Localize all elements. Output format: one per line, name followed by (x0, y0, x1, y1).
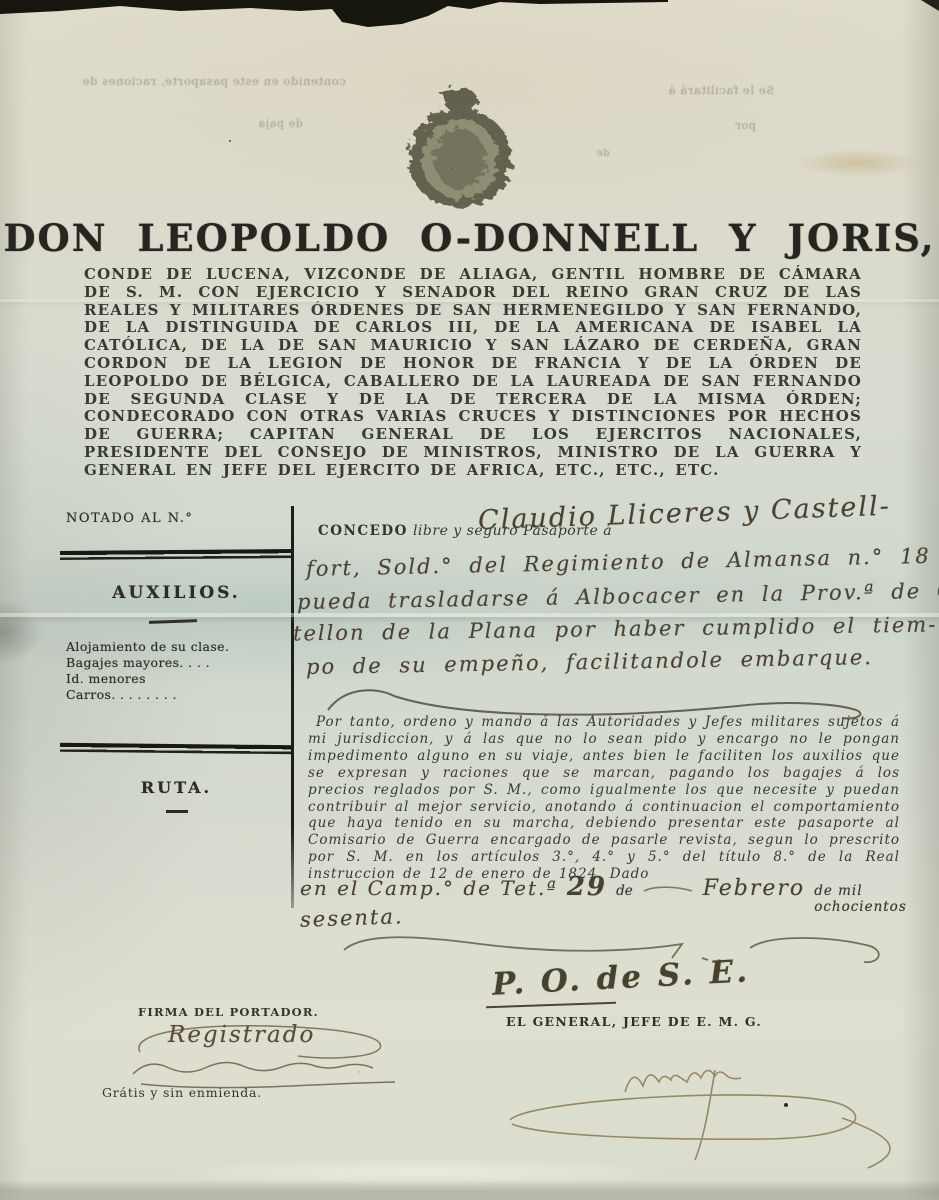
handwritten-place: en el Camp.° de Tet.ª (300, 876, 558, 900)
bleedthrough-text: de (596, 148, 610, 159)
pen-flourish (486, 1002, 616, 1009)
noted-number-label: NOTADO AL N.° (66, 511, 193, 526)
concedo-word: CONCEDO (318, 523, 408, 539)
pen-flourish (642, 883, 694, 895)
auxilios-item: Alojamiento de su clase. (66, 639, 229, 655)
bearer-signature-label: FIRMA DEL PORTADOR. (138, 1005, 319, 1019)
auxilios-item: Bagajes mayores. . . . (66, 655, 229, 671)
handwritten-day: 29 (567, 872, 607, 902)
paper-edge-shadow (0, 1180, 939, 1200)
handwritten-registered-note: Registrado (168, 1022, 315, 1048)
handwritten-bearer-name: Claudio Lliceres y Castell- (478, 491, 892, 536)
sidebar-rule (60, 743, 293, 754)
handwritten-line: fort, Sold.° del Regimiento de Almansa n… (306, 541, 939, 581)
auxilios-list: Alojamiento de su clase. Bagajes mayores… (66, 639, 229, 703)
auxilios-heading: AUXILIOS. (60, 583, 293, 603)
document-title: DON LEOPOLDO O-DONNELL Y JORIS, (0, 216, 939, 260)
bleedthrough-text: Se le facilitará á (668, 83, 774, 97)
general-signature-label: EL GENERAL, JEFE DE E. M. G. (506, 1014, 762, 1029)
bleedthrough-text: contenido en este pasaporte, raciones de (82, 74, 346, 88)
handwritten-line: po de su empeño, facilitandole embarque. (306, 645, 873, 679)
ruta-heading: RUTA. (60, 778, 293, 797)
paper-crease (0, 613, 939, 617)
column-divider-rule (291, 506, 294, 908)
legal-paragraph: Por tanto, ordeno y mando á las Autorida… (308, 714, 900, 883)
seal-stamp-icon (394, 84, 526, 220)
paper-speck (784, 1103, 788, 1107)
ruta-underline (166, 810, 188, 813)
printed-year-prefix: de mil ochocientos (814, 883, 939, 915)
passport-document-page: contenido en este pasaporte, raciones de… (0, 0, 939, 1200)
scan-corner-artifact (921, 0, 939, 11)
auxilios-underline (149, 619, 197, 624)
royal-coat-of-arms-seal (394, 84, 526, 220)
gratis-note: Grátis y sin enmienda. (102, 1085, 262, 1100)
bleedthrough-text: por (735, 119, 756, 132)
paper-crease (0, 299, 939, 302)
handwritten-month: Febrero (703, 876, 805, 901)
handwritten-line: tellon de la Plana por haber cumplido el… (293, 613, 938, 646)
printed-de: de (616, 883, 633, 899)
bleedthrough-text: de paja (258, 117, 303, 130)
sidebar-rule (60, 549, 293, 560)
auxilios-item: Carros. . . . . . . . (66, 687, 229, 703)
handwritten-line: pueda trasladarse á Albocacer en la Prov… (297, 578, 939, 614)
scan-edge-artifact (0, 0, 668, 27)
auxilios-item: Id. menores (66, 671, 229, 687)
general-signature-flourish (470, 1040, 900, 1175)
